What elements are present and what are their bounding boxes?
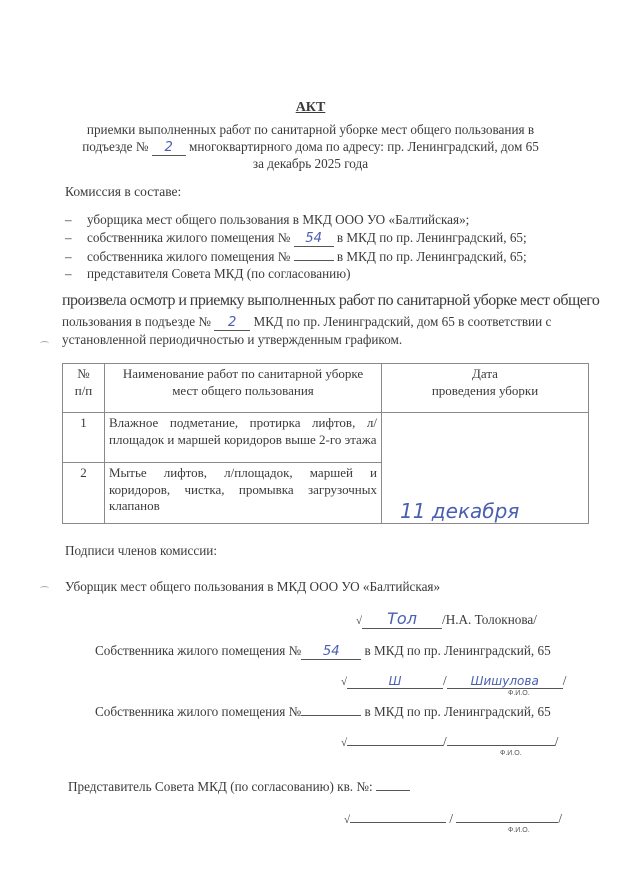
cleaner-signature-line: √Тол/Н.А. Толокнова/ [356, 609, 537, 629]
cleaner-label: Уборщик мест общего пользования в МКД ОО… [65, 579, 440, 595]
row-work: Влажное подметание, протирка лифтов, л/п… [105, 413, 382, 463]
owner1-fio-field[interactable]: Шишулова [447, 674, 563, 689]
council-fio-field[interactable] [456, 810, 558, 823]
owner1-signature-field[interactable]: Ш [347, 674, 443, 689]
council-line: Представитель Совета МКД (по согласовани… [68, 778, 410, 795]
owner1-signature-line: √Ш/Шишулова/ [341, 673, 566, 689]
owner1-apartment-signature-field[interactable]: 54 [301, 644, 361, 660]
owner2-fio-field[interactable] [447, 733, 555, 746]
fio-label: Ф.И.О. [508, 690, 530, 697]
date-cell[interactable]: 11 декабря [382, 413, 589, 524]
row-number: 1 [63, 413, 105, 463]
table-row: 1 Влажное подметание, протирка лифтов, л… [63, 413, 589, 463]
subtitle-line2-post: многоквартирного дома по адресу: пр. Лен… [189, 139, 539, 154]
margin-mark [40, 586, 49, 591]
act-title: АКТ [0, 100, 621, 116]
margin-mark [40, 341, 49, 346]
member-item-owner2: –собственника жилого помещения № в МКД п… [65, 248, 527, 265]
member-item-council: –представителя Совета МКД (по согласован… [65, 266, 350, 282]
row-work: Мытье лифтов, л/площадок, маршей и корид… [105, 463, 382, 524]
body-line1: произвела осмотр и приемку выполненных р… [62, 292, 599, 310]
member-item-cleaner: –уборщика мест общего пользования в МКД … [65, 212, 469, 228]
cleaner-signature-field[interactable]: Тол [362, 609, 442, 629]
works-table: № п/п Наименование работ по санитарной у… [62, 363, 589, 524]
table-header-row: № п/п Наименование работ по санитарной у… [63, 364, 589, 413]
owner2-line: Собственника жилого помещения № в МКД по… [95, 703, 551, 720]
date-handwritten: 11 декабря [386, 503, 584, 522]
owner1-apartment-field[interactable]: 54 [294, 231, 334, 247]
entrance-number-field[interactable]: 2 [152, 140, 186, 156]
fio-label: Ф.И.О. [500, 750, 522, 757]
owner2-apartment-signature-field[interactable] [301, 703, 361, 716]
council-signature-line: √ / / [344, 810, 562, 827]
body-line2: пользования в подъезде № 2 МКД по пр. Ле… [62, 314, 551, 331]
fio-label: Ф.И.О. [508, 827, 530, 834]
commission-heading: Комиссия в составе: [65, 184, 181, 200]
owner1-line: Собственника жилого помещения №54 в МКД … [95, 643, 551, 660]
subtitle-line3: за декабрь 2025 года [0, 156, 621, 172]
subtitle-line1: приемки выполненных работ по санитарной … [0, 122, 621, 138]
body-line3: установленной периодичностью и утвержден… [62, 332, 402, 348]
council-apartment-field[interactable] [376, 778, 410, 791]
owner2-apartment-field[interactable] [294, 248, 334, 261]
owner2-signature-line: √// [341, 733, 558, 750]
cleaner-name: /Н.А. Толокнова/ [442, 612, 537, 627]
header-number: № п/п [63, 364, 105, 413]
subtitle-line2-pre: подъезде № [82, 139, 148, 154]
member-item-owner1: –собственника жилого помещения № 54 в МК… [65, 230, 527, 247]
header-work-name: Наименование работ по санитарной уборке … [105, 364, 382, 413]
owner2-signature-field[interactable] [347, 733, 443, 746]
body-entrance-number-field[interactable]: 2 [214, 315, 250, 331]
row-number: 2 [63, 463, 105, 524]
council-signature-field[interactable] [350, 810, 446, 823]
subtitle-line2: подъезде № 2 многоквартирного дома по ад… [0, 139, 621, 156]
header-date: Дата проведения уборки [382, 364, 589, 413]
signatures-heading: Подписи членов комиссии: [65, 543, 217, 559]
